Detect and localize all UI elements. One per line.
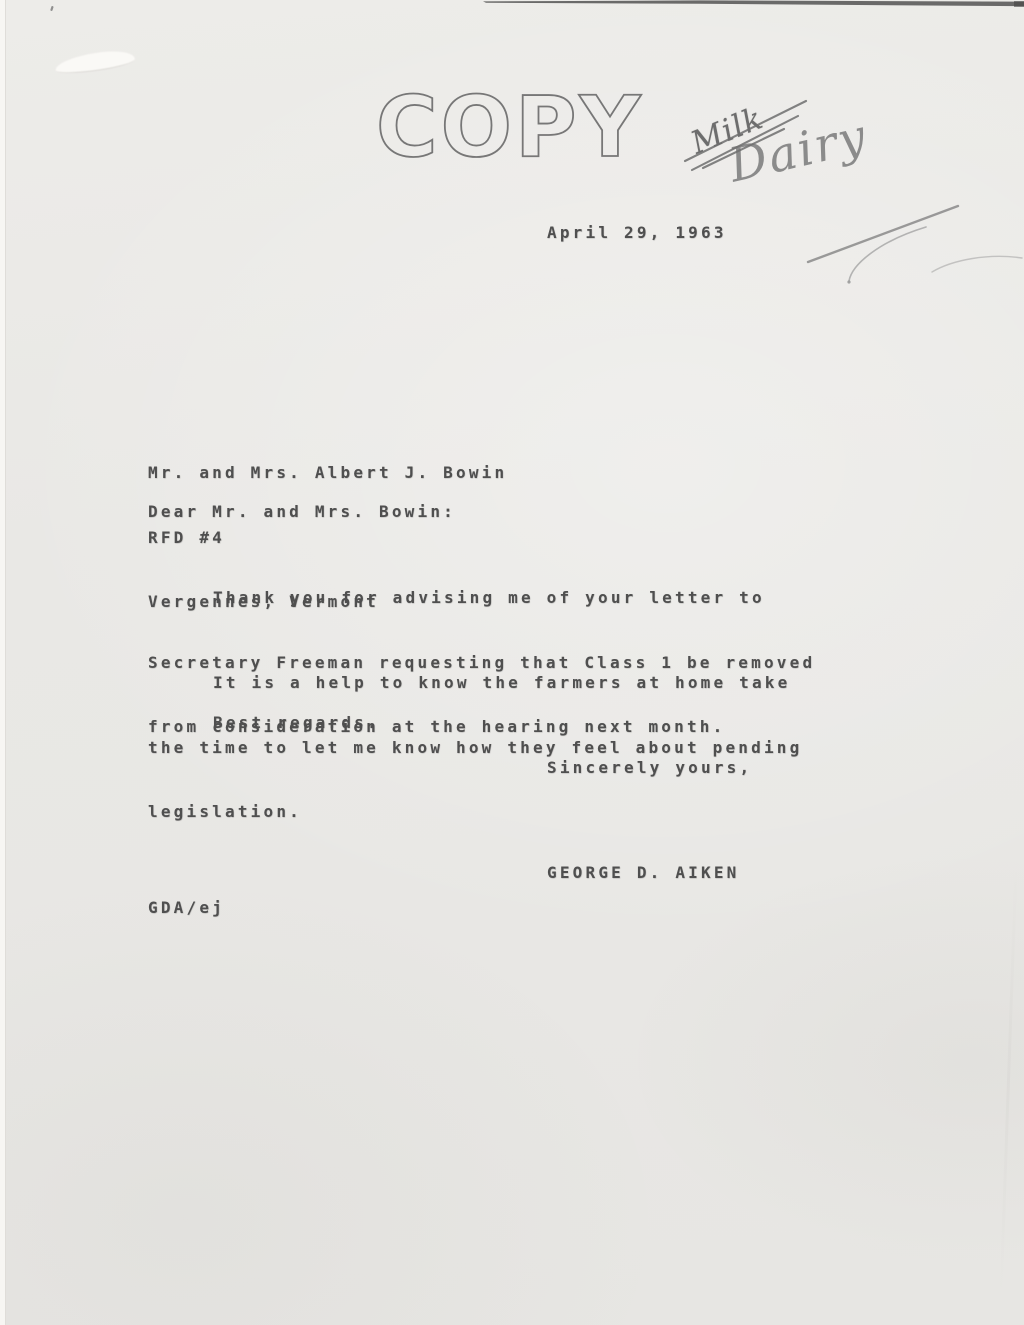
reference-initials: GDA/ej xyxy=(148,897,225,919)
scan-edge-left xyxy=(0,0,6,1325)
closing-line: Best regards. xyxy=(213,712,380,734)
scan-edge-top-corner xyxy=(1014,1,1024,7)
valediction: Sincerely yours, xyxy=(547,757,752,779)
paper-crease-mark xyxy=(54,48,136,76)
paragraph-line: legislation. xyxy=(148,801,802,823)
scanned-letter-page: COPY Milk Dairy April 29, 1963 Mr. and M… xyxy=(0,0,1024,1325)
copy-stamp: COPY xyxy=(372,80,652,180)
paper-streak xyxy=(999,860,1017,1300)
letter-date: April 29, 1963 xyxy=(547,222,727,244)
salutation: Dear Mr. and Mrs. Bowin: xyxy=(148,501,456,523)
paragraph-line: the time to let me know how they feel ab… xyxy=(148,737,802,759)
body-paragraph-2: It is a help to know the farmers at home… xyxy=(148,629,802,866)
paper-speck xyxy=(50,6,54,11)
recipient-name-line: Mr. and Mrs. Albert J. Bowin xyxy=(148,462,507,484)
copy-stamp-text: COPY xyxy=(376,78,643,176)
paragraph-line: Thank you for advising me of your letter… xyxy=(148,587,815,609)
paragraph-line: It is a help to know the farmers at home… xyxy=(148,672,802,694)
signature-name: GEORGE D. AIKEN xyxy=(547,862,740,884)
pencil-check-mark xyxy=(808,206,1022,284)
scan-edge-top xyxy=(483,0,1024,6)
